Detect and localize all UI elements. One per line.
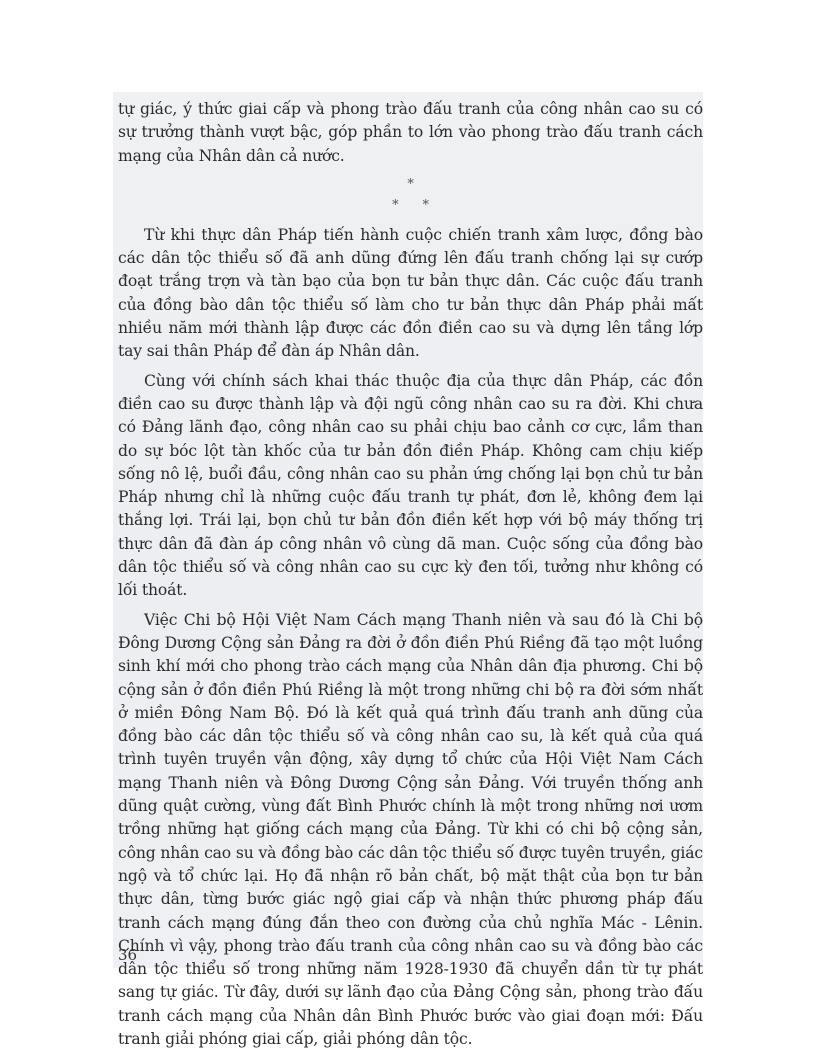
paragraph-rubber-plantations: Cùng với chính sách khai thác thuộc địa … [118, 370, 703, 603]
asterisk-icon: * [392, 195, 398, 216]
section-separator-asterism: * ** [118, 174, 703, 216]
asterism-bottom: ** [118, 195, 703, 216]
paragraph-party-cell-phu-rieng: Việc Chi bộ Hội Việt Nam Cách mạng Thanh… [118, 609, 703, 1052]
asterism-top: * [118, 174, 703, 195]
asterisk-icon: * [407, 177, 413, 192]
paragraph-french-invasion: Từ khi thực dân Pháp tiến hành cuộc chiế… [118, 224, 703, 364]
page-number: 36 [118, 946, 137, 964]
opening-paragraph: tự giác, ý thức giai cấp và phong trào đ… [118, 98, 703, 168]
page-body: tự giác, ý thức giai cấp và phong trào đ… [118, 98, 703, 1051]
asterisk-icon: * [423, 195, 429, 216]
